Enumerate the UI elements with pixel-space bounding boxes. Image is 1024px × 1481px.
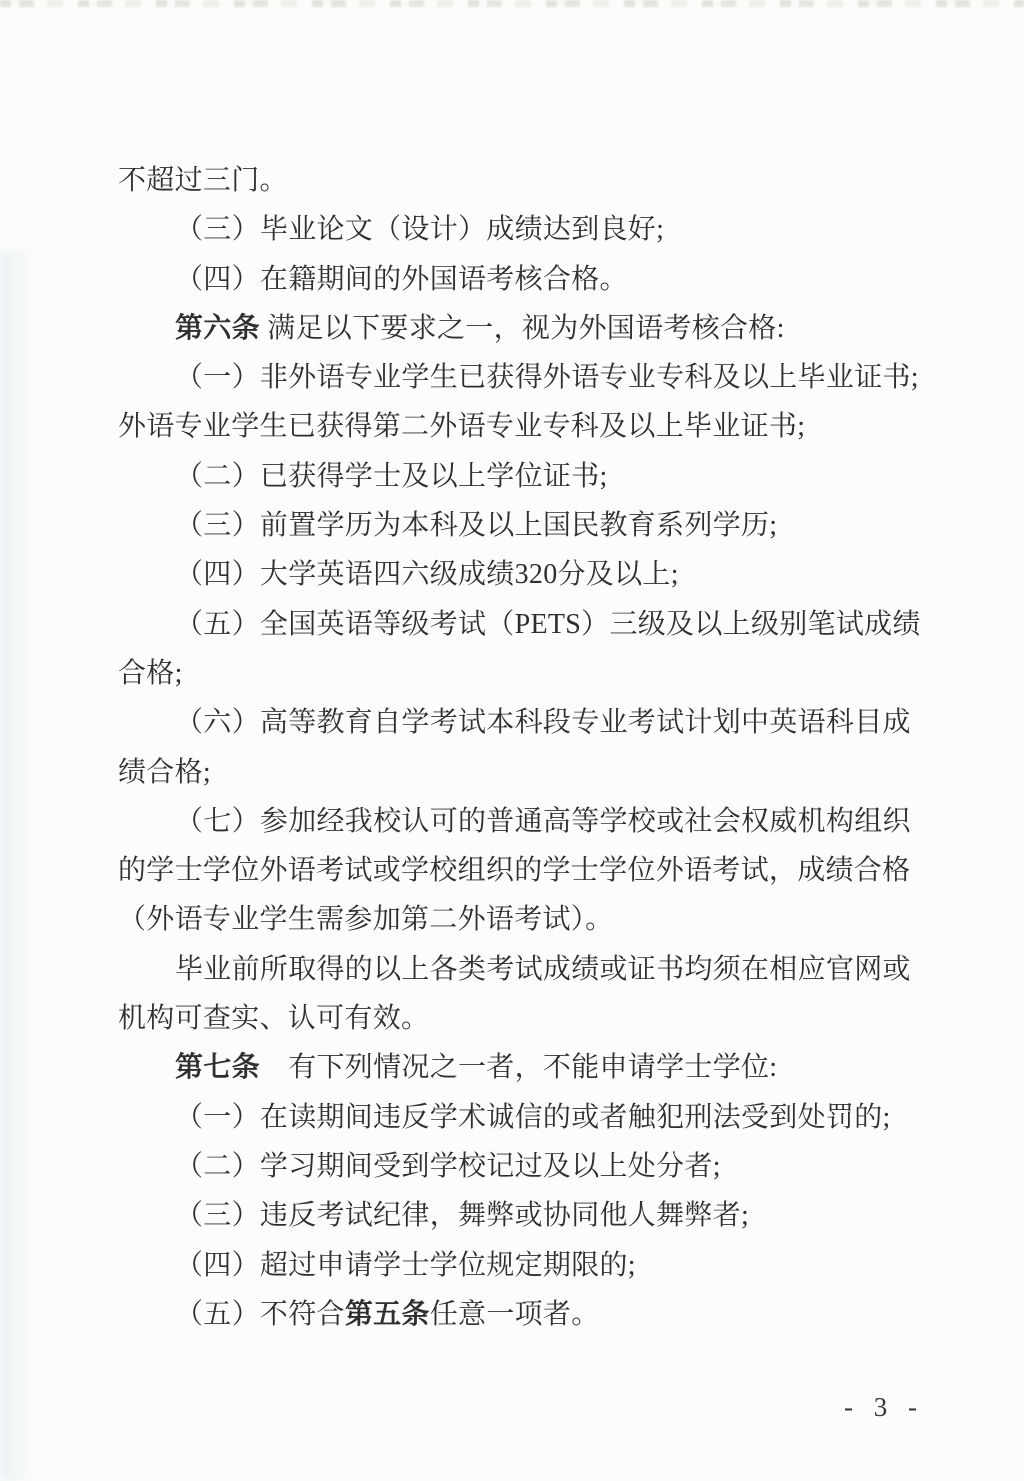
text-segment: 机构可查实、认可有效。 xyxy=(118,1003,429,1034)
text-segment: 合格; xyxy=(118,658,183,689)
text-line: 第六条 满足以下要求之一，视为外国语考核合格: xyxy=(118,304,948,353)
text-segment: （二）已获得学士及以上学位证书; xyxy=(175,461,608,492)
bold-term: 第五条 xyxy=(345,1299,430,1330)
text-segment: 有下列情况之一者，不能申请学士学位: xyxy=(260,1052,777,1083)
text-segment: 绩合格; xyxy=(118,757,211,788)
text-segment: （四）大学英语四六级成绩320分及以上; xyxy=(175,559,679,590)
bold-term: 第七条 xyxy=(175,1052,260,1083)
scan-artifact-left-edge xyxy=(0,250,34,1481)
text-segment: （一）非外语专业学生已获得外语专业专科及以上毕业证书; xyxy=(175,362,919,393)
scan-artifact-top xyxy=(0,0,1024,7)
text-segment: （外语专业学生需参加第二外语考试）。 xyxy=(118,904,613,935)
text-line: （三）毕业论文（设计）成绩达到良好; xyxy=(118,205,948,254)
text-segment: （五）全国英语等级考试（PETS）三级及以上级别笔试成绩 xyxy=(175,609,921,640)
document-page: 不超过三门。（三）毕业论文（设计）成绩达到良好;（四）在籍期间的外国语考核合格。… xyxy=(0,0,1024,1481)
text-line: （三）违反考试纪律，舞弊或协同他人舞弊者; xyxy=(118,1191,948,1240)
text-line: （四）超过申请学士学位规定期限的; xyxy=(118,1241,948,1290)
text-line: 绩合格; xyxy=(118,748,948,797)
text-line: （五）不符合第五条任意一项者。 xyxy=(118,1290,948,1339)
text-line: （二）已获得学士及以上学位证书; xyxy=(118,452,948,501)
text-segment: （五）不符合 xyxy=(175,1299,345,1330)
text-line: 合格; xyxy=(118,649,948,698)
text-segment: （六）高等教育自学考试本科段专业考试计划中英语科目成 xyxy=(175,707,911,738)
text-segment: （三）前置学历为本科及以上国民教育系列学历; xyxy=(175,510,777,541)
text-segment: 外语专业学生已获得第二外语专业专科及以上毕业证书; xyxy=(118,411,805,442)
text-segment: （三）违反考试纪律，舞弊或协同他人舞弊者; xyxy=(175,1200,749,1231)
page-number: - 3 - xyxy=(844,1392,924,1423)
text-line: （四）大学英语四六级成绩320分及以上; xyxy=(118,550,948,599)
text-line: （二）学习期间受到学校记过及以上处分者; xyxy=(118,1142,948,1191)
text-line: （四）在籍期间的外国语考核合格。 xyxy=(118,255,948,304)
text-segment: 满足以下要求之一，视为外国语考核合格: xyxy=(260,313,785,344)
text-segment: （一）在读期间违反学术诚信的或者触犯刑法受到处罚的; xyxy=(175,1102,891,1133)
text-line: 外语专业学生已获得第二外语专业专科及以上毕业证书; xyxy=(118,402,948,451)
text-line: 的学士学位外语考试或学校组织的学士学位外语考试，成绩合格 xyxy=(118,846,948,895)
text-line: （一）在读期间违反学术诚信的或者触犯刑法受到处罚的; xyxy=(118,1093,948,1142)
text-segment: （三）毕业论文（设计）成绩达到良好; xyxy=(175,214,664,245)
text-line: （一）非外语专业学生已获得外语专业专科及以上毕业证书; xyxy=(118,353,948,402)
text-line: （六）高等教育自学考试本科段专业考试计划中英语科目成 xyxy=(118,698,948,747)
text-line: （五）全国英语等级考试（PETS）三级及以上级别笔试成绩 xyxy=(118,600,948,649)
text-segment: （四）超过申请学士学位规定期限的; xyxy=(175,1250,636,1281)
text-line: 第七条 有下列情况之一者，不能申请学士学位: xyxy=(118,1043,948,1092)
text-line: 毕业前所取得的以上各类考试成绩或证书均须在相应官网或 xyxy=(118,945,948,994)
text-line: 机构可查实、认可有效。 xyxy=(118,994,948,1043)
text-segment: 任意一项者。 xyxy=(430,1299,600,1330)
text-segment: （二）学习期间受到学校记过及以上处分者; xyxy=(175,1151,721,1182)
bold-term: 第六条 xyxy=(175,313,260,344)
text-segment: 毕业前所取得的以上各类考试成绩或证书均须在相应官网或 xyxy=(175,954,911,985)
text-segment: 的学士学位外语考试或学校组织的学士学位外语考试，成绩合格 xyxy=(118,855,910,886)
text-segment: 不超过三门。 xyxy=(118,165,288,196)
text-segment: （七）参加经我校认可的普通高等学校或社会权威机构组织 xyxy=(175,806,911,837)
text-line: 不超过三门。 xyxy=(118,156,948,205)
text-line: （外语专业学生需参加第二外语考试）。 xyxy=(118,895,948,944)
document-body: 不超过三门。（三）毕业论文（设计）成绩达到良好;（四）在籍期间的外国语考核合格。… xyxy=(118,156,948,1339)
text-segment: （四）在籍期间的外国语考核合格。 xyxy=(175,264,628,295)
text-line: （三）前置学历为本科及以上国民教育系列学历; xyxy=(118,501,948,550)
text-line: （七）参加经我校认可的普通高等学校或社会权威机构组织 xyxy=(118,797,948,846)
